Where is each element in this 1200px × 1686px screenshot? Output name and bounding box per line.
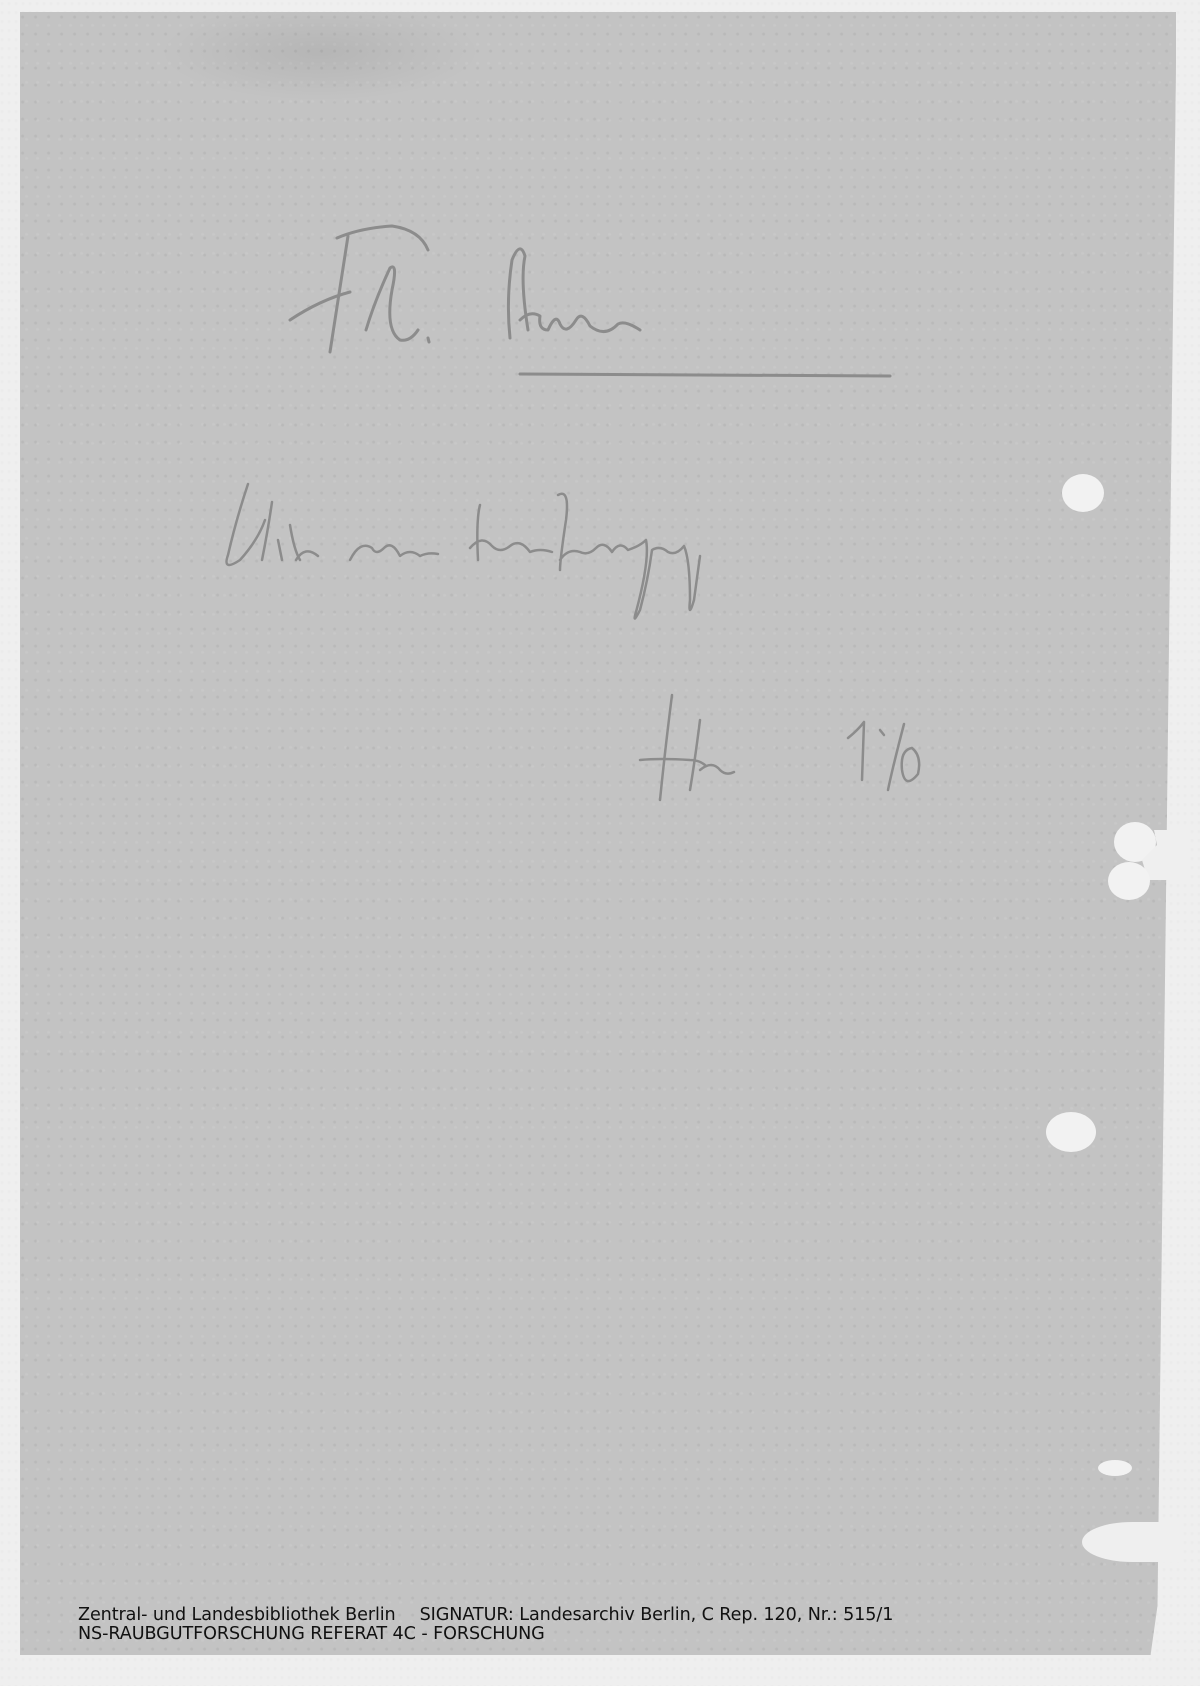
punch-hole-2 xyxy=(1046,1112,1096,1152)
bottom-notch xyxy=(1082,1522,1182,1562)
punch-hole-torn-bottom xyxy=(1108,862,1150,900)
handwriting-initials: Hm xyxy=(640,720,731,778)
archive-footer: Zentral- und Landesbibliothek BerlinSIGN… xyxy=(78,1606,893,1644)
handwriting-date: 18/8 xyxy=(845,720,957,778)
paper-sheet xyxy=(20,12,1176,1655)
footer-line-1: Zentral- und Landesbibliothek BerlinSIGN… xyxy=(78,1606,893,1625)
punch-hole-1 xyxy=(1062,474,1104,512)
footer-signatur: SIGNATUR: Landesarchiv Berlin, C Rep. 12… xyxy=(420,1605,894,1625)
handwriting-line-1: Frl. Steiner xyxy=(290,260,640,330)
footer-institution: Zentral- und Landesbibliothek Berlin xyxy=(78,1605,396,1625)
footer-project: NS-RAUBGUTFORSCHUNG REFERAT 4C - FORSCHU… xyxy=(78,1625,893,1644)
handwriting-line-2: Bitte wie den Vorgang xyxy=(220,515,806,575)
punch-hole-3 xyxy=(1098,1460,1132,1476)
paper-texture xyxy=(20,12,1176,1655)
